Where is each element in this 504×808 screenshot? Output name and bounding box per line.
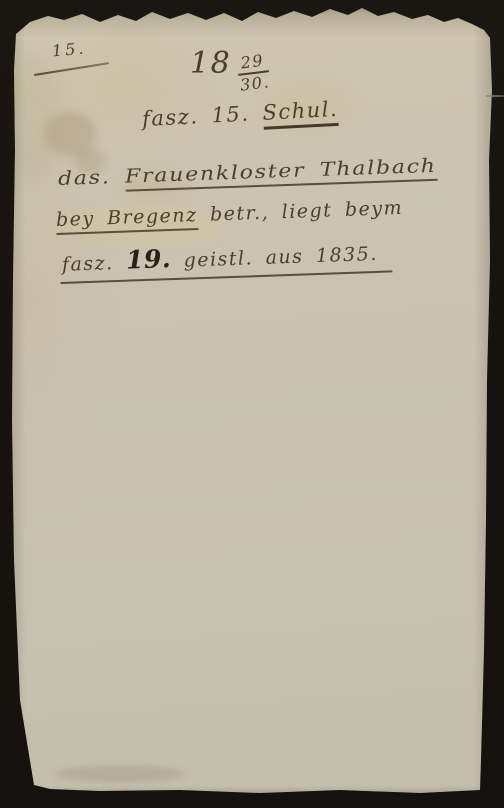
body-line-1: das. Frauenkloster Thalbach bbox=[58, 155, 437, 190]
line2-rest: betr., liegt beym bbox=[197, 197, 403, 226]
page-number-underline bbox=[34, 62, 109, 76]
line3-prefix: fasz. bbox=[62, 252, 127, 276]
bottom-smudge bbox=[55, 766, 185, 782]
line1-underlined: Frauenkloster Thalbach bbox=[125, 155, 438, 192]
foxing-stain bbox=[2, 56, 62, 186]
page-number-text: 15. bbox=[51, 39, 87, 61]
line3-suffix: geistl. aus 1835. bbox=[171, 243, 378, 272]
year-fraction-denominator: 30. bbox=[239, 72, 271, 94]
heading-line: fasz. 15. Schul. bbox=[142, 97, 339, 131]
year-fraction: 2930. bbox=[236, 51, 272, 94]
scan-artifact-thread bbox=[486, 95, 504, 97]
year-main: 18 bbox=[190, 46, 231, 81]
reference-number-bold: 19. bbox=[126, 244, 172, 275]
scan-background: 15. 182930. fasz. 15. Schul. das. Frauen… bbox=[0, 0, 504, 808]
page-number: 15. bbox=[51, 39, 87, 61]
line2-underlined: bey Bregenz bbox=[56, 204, 198, 235]
heading-underlined-word: Schul. bbox=[262, 97, 339, 130]
heading-prefix: fasz. 15. bbox=[142, 101, 264, 131]
line1-prefix: das. bbox=[58, 166, 126, 190]
paper-right-edge-shadow bbox=[474, 0, 504, 808]
paper-left-edge-shadow bbox=[0, 0, 26, 808]
year-notation: 182930. bbox=[190, 46, 270, 92]
body-line-2: bey Bregenz betr., liegt beym bbox=[56, 197, 404, 231]
paper-bottom-edge-shadow bbox=[0, 786, 504, 808]
manuscript-page: 15. 182930. fasz. 15. Schul. das. Frauen… bbox=[0, 0, 504, 808]
foxing-stain bbox=[44, 112, 96, 156]
body-line-3: fasz. 19. geistl. aus 1835. bbox=[59, 236, 392, 284]
paper-top-edge-shadow bbox=[0, 0, 504, 44]
